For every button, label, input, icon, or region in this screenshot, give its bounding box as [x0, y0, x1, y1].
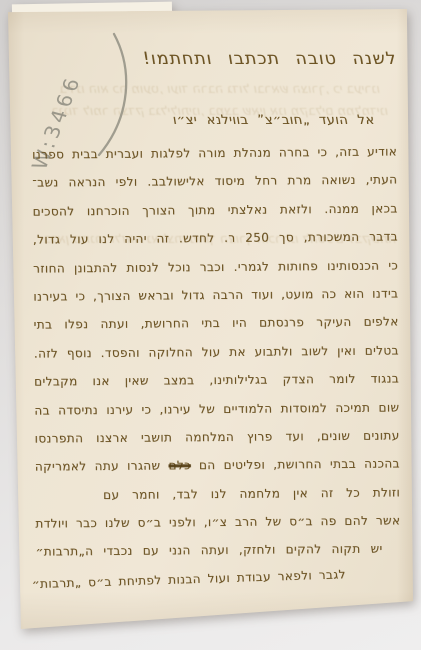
- letter-body: אודיע בזה, כי בחרה מנהלת מורה לפלגות ועב…: [32, 137, 401, 594]
- letter-paper: בידנו הוא כה מועט, ועוד הרבה גדול ובראש …: [8, 9, 413, 629]
- letter-line: עתונים שונים, ועד פרוץ המלחמה תושבי ארצנ…: [35, 421, 400, 453]
- letter-line: העתי, נשואה מרת רחל מיסוד אלישולבב. ולפי…: [32, 166, 397, 198]
- letter-line: בדבר המשכורת, סך 250 ר. לחדש. זה יהיה לנ…: [33, 223, 398, 255]
- letter-line: שום תמיכה למוסדות הלמודיים של עירנו, כי …: [34, 393, 399, 425]
- letter-line: אלפים העיקר פרנסתם היו בתי החרושת, ועתה …: [34, 308, 399, 340]
- strikethrough-word: כלם: [168, 459, 190, 473]
- greeting-line: לשנה טובה תכתבו ותחתמו!: [142, 49, 399, 69]
- letter-line: בטלים ואין לשוב ולתבוע את עול החלוקה והפ…: [34, 336, 399, 368]
- photo-background: בידנו הוא כה מועט, ועוד הרבה גדול ובראש …: [0, 0, 421, 650]
- pencil-smudge: [10, 433, 20, 473]
- letter-line: כי הכנסותינו פחותות לגמרי. וכבר נוכל לנס…: [33, 251, 398, 283]
- letter-line: בידנו הוא כה מועט, ועוד הרבה גדול ובראש …: [33, 279, 398, 311]
- line-text: שהגרו עתה לאמריקה: [35, 459, 169, 474]
- letter-line: בנגוד לומר הצדק בגלילותינו, במצב שאין אנ…: [34, 365, 399, 397]
- letter-line: בכאן ממנה. ולזאת נאלצתי מתוך הצורך הוכרח…: [33, 194, 398, 226]
- letter-line: אודיע בזה, כי בחרה מנהלת מורה לפלגות ועב…: [32, 137, 397, 169]
- line-text: בהכנה בבתי החרושת, ופליטים הם: [191, 457, 400, 473]
- salutation-line: אל הועד „חוב״צ” בווילנא יצ״ו: [172, 113, 376, 128]
- paper-wrap: בידנו הוא כה מועט, ועוד הרבה גדול ובראש …: [0, 0, 421, 650]
- letter-line: וזולת כל זה אין מלחמה לנו לבד, וחמר עם ה…: [103, 478, 400, 509]
- letter-line: אשר להם פה ב״ס של הרב צ״ו, ולפני ב״ס שלנ…: [35, 506, 400, 538]
- letter-line-with-strikethrough: בהכנה בבתי החרושת, ופליטים הם כלם שהגרו …: [35, 450, 400, 482]
